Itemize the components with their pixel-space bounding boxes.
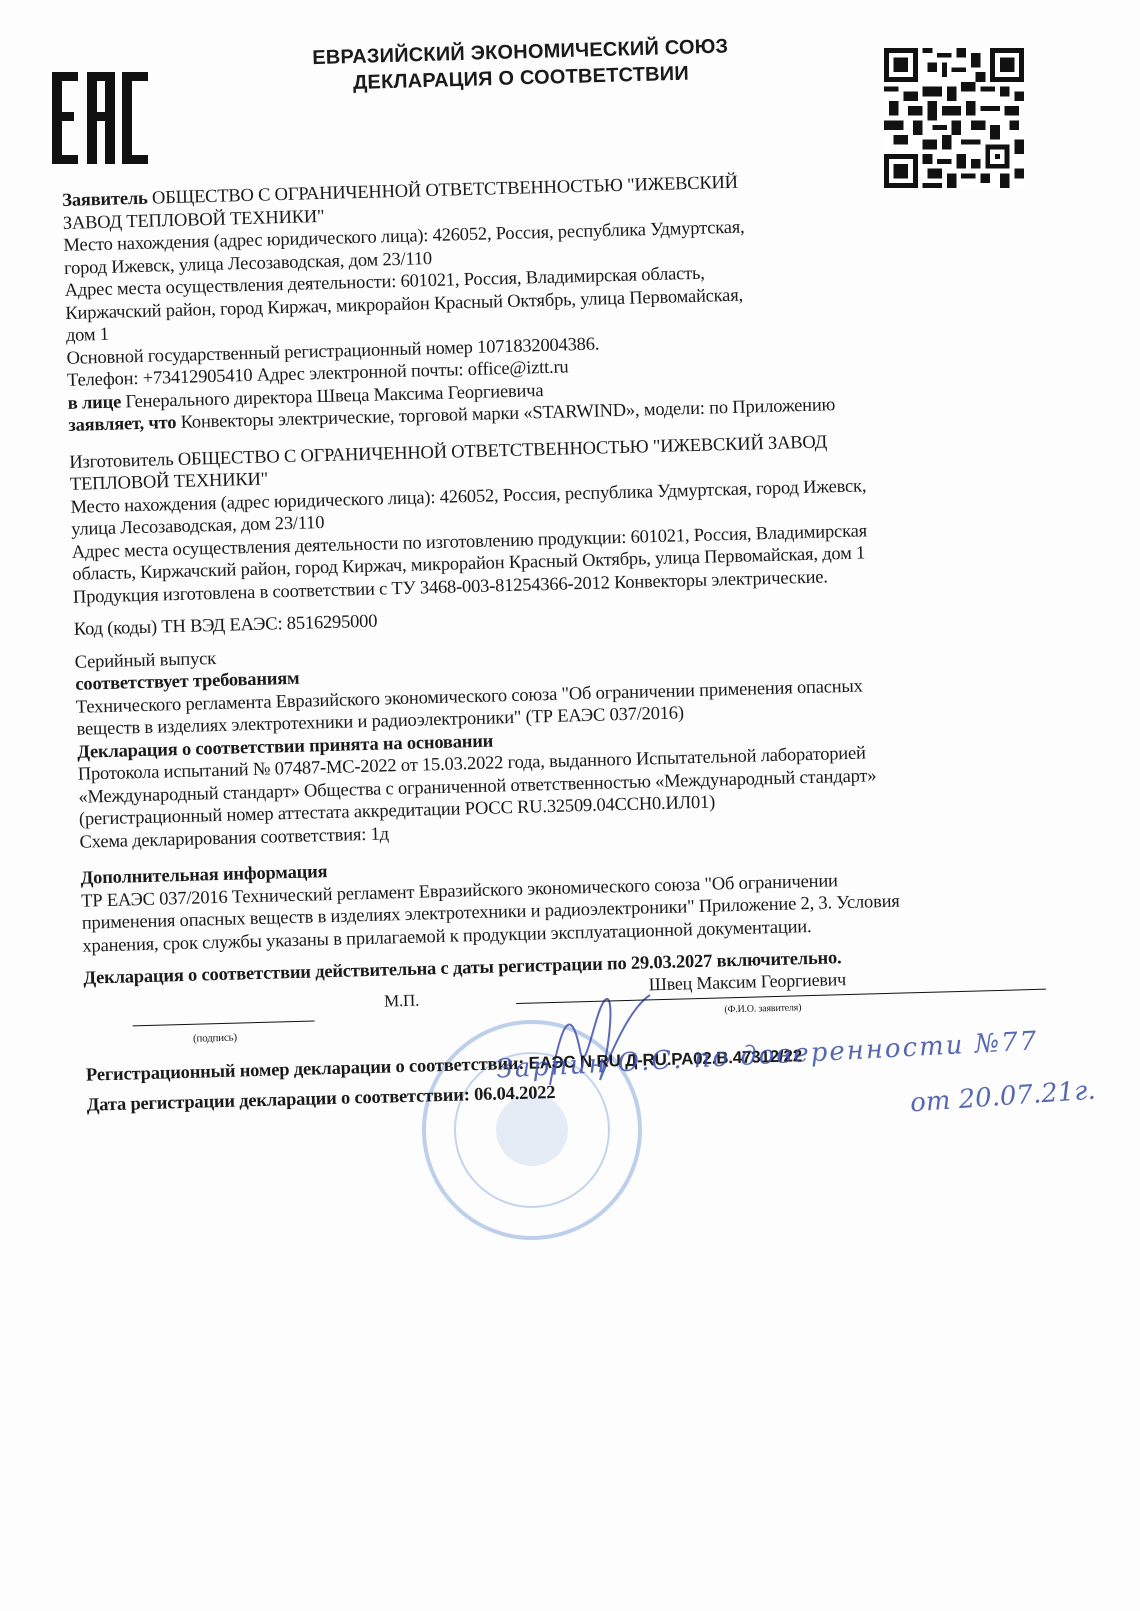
declares-label: заявляет, что xyxy=(68,413,176,436)
eac-letter-e xyxy=(52,72,80,164)
declaration-body: Заявитель ОБЩЕСТВО С ОГРАНИЧЕННОЙ ОТВЕТС… xyxy=(62,164,1047,1117)
eac-letter-c xyxy=(122,72,150,164)
applicant-label: Заявитель xyxy=(62,189,148,211)
signature-line xyxy=(133,1020,315,1026)
applicant-section: Заявитель ОБЩЕСТВО С ОГРАНИЧЕННОЙ ОТВЕТС… xyxy=(62,164,1028,437)
declaration-page: ЕВРАЗИЙСКИЙ ЭКОНОМИЧЕСКИЙ СОЮЗ ДЕКЛАРАЦИ… xyxy=(0,0,1140,1611)
seal-place-label: М.П. xyxy=(384,989,420,1012)
document-title: ЕВРАЗИЙСКИЙ ЭКОНОМИЧЕСКИЙ СОЮЗ ДЕКЛАРАЦИ… xyxy=(280,33,761,98)
person-label: в лице xyxy=(68,392,122,413)
eac-logo-icon xyxy=(52,72,152,167)
signer-name-caption: (Ф.И.О. заявителя) xyxy=(724,997,801,1022)
signer-name: Швец Максим Георгиевич xyxy=(648,968,846,996)
manufacturer-section: Изготовитель ОБЩЕСТВО С ОГРАНИЧЕННОЙ ОТВ… xyxy=(69,425,1035,673)
eac-letter-a xyxy=(87,72,115,164)
signature-caption: (подпись) xyxy=(193,1026,237,1050)
